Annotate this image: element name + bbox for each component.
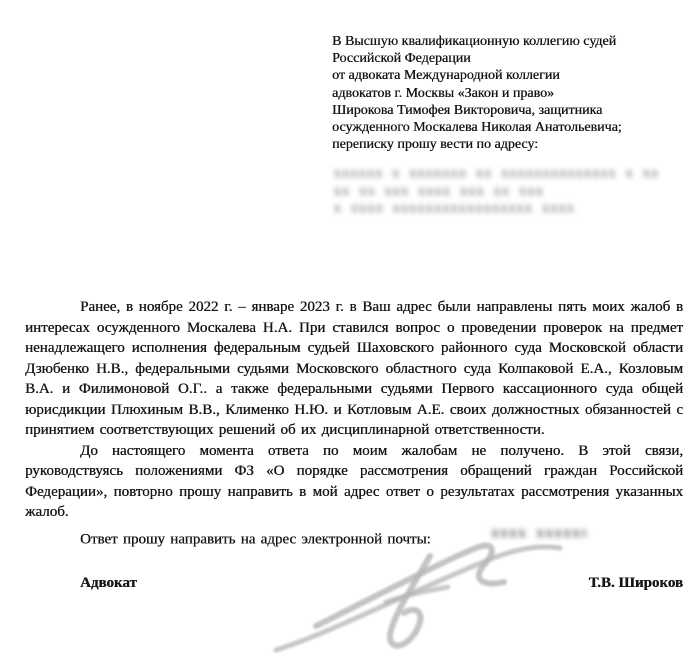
redacted-contact-line: x xxxx xxxxxxxxxxxxxxxxx xxxx [334,199,690,217]
signer-name: Т.В. Широков [589,575,683,592]
addressee-line: осужденного Москалева Николая Анатольеви… [332,119,690,136]
handwritten-signature [268,536,602,664]
addressee-line: В Высшую квалификационную коллегию судей [332,33,690,50]
letter-body: Ранее, в ноябре 2022 г. – январе 2023 г.… [25,297,683,550]
addressee-line: адвокатов г. Москвы «Закон и право» [332,85,690,102]
signature-row: Адвокат Т.В. Широков [80,575,683,592]
email-request-text: Ответ прошу направить на адрес электронн… [80,531,431,547]
paragraph-complaints-history: Ранее, в ноябре 2022 г. – январе 2023 г.… [25,297,683,441]
redacted-contact-line: xx xx xxx xxxx xxx xx xxx [334,182,690,200]
letter-addressee-block: В Высшую квалификационную коллегию судей… [332,33,690,153]
addressee-line: переписку прошу вести по адресу: [332,136,690,153]
addressee-line: от адвоката Международной коллегии [332,67,690,84]
paragraph-repeat-request: До настоящего момента ответа по моим жал… [25,441,683,523]
redacted-contact-line: xxxxxx x xxxxxxx xx xxxxxxxxxxxxxx x xx [334,164,690,182]
addressee-line: Широкова Тимофея Викторовича, защитника [332,102,690,119]
redacted-email: xxxx xxxxxxxxx xxx [436,523,586,544]
signer-role: Адвокат [80,575,137,592]
document-page: В Высшую квалификационную коллегию судей… [0,0,700,665]
redacted-contact-block: xxxxxx x xxxxxxx xx xxxxxxxxxxxxxx x xx … [334,164,690,217]
addressee-line: Российской Федерации [332,50,690,67]
paragraph-email-request: Ответ прошу направить на адрес электронн… [25,523,683,550]
